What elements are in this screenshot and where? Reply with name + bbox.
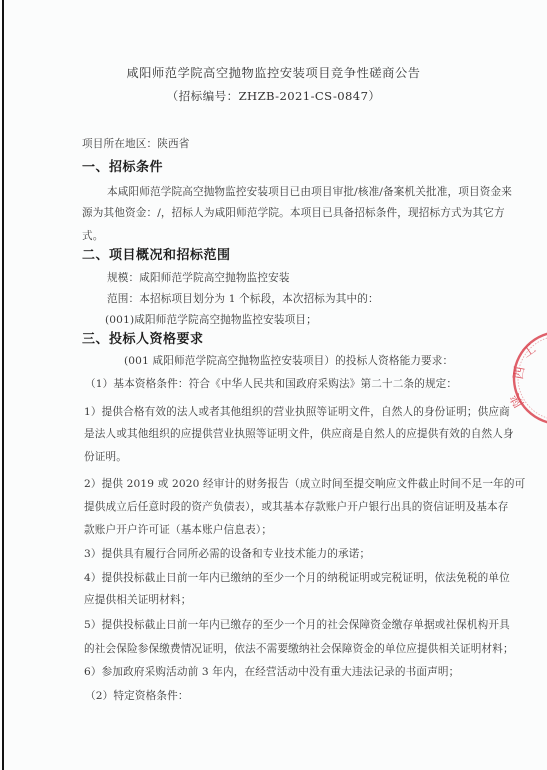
section-heading-project-overview: 二、项目概况和招标范围 (82, 248, 231, 264)
requirement-1-line: 是法人或其他组织的应提供营业执照等证明文件，供应商是自然人的应提供有效的自然人身 (84, 427, 514, 441)
requirement-6-line: 6）参加政府采购活动前 3 年内，在经营活动中没有重大违法记录的书面声明； (84, 665, 459, 679)
document-title: 咸阳师范学院高空抛物监控安装项目竞争性磋商公告 (0, 65, 547, 81)
requirement-2-line: 2）提供 2019 或 2020 经审计的财务报告（成立时间至提交响应文件截止时… (84, 477, 525, 491)
paragraph-line: 源为其他资金：/，招标人为咸阳师范学院。本项目已具备招标条件，现招标方式为其它方 (82, 206, 505, 220)
svg-text:工: 工 (520, 342, 539, 362)
requirement-4-line: 应提供相关证明材料； (84, 593, 191, 607)
paragraph-line: 本咸阳师范学院高空抛物监控安装项目已由项目审批/核准/备案机关批准，项目资金来 (107, 185, 512, 199)
scan-left-edge (2, 0, 4, 770)
section-heading-bidding-conditions: 一、招标条件 (82, 160, 163, 176)
qualification-intro: (001 咸阳师范学院高空抛物监控安装项目）的投标人资格能力要求： (124, 354, 453, 368)
special-qualification-heading: （2）特定资格条件： (85, 689, 189, 703)
requirement-2-line: 提供成立后任意时段的资产负债表），或其基本存款账户开户银行出具的资信证明及基本存 (84, 500, 508, 514)
scope-line: 范围：本招标项目划分为 1 个标段，本次招标为其中的： (107, 292, 379, 306)
paragraph-line: 式。 (82, 229, 104, 243)
section-heading-bidder-qualifications: 三、投标人资格要求 (82, 332, 204, 348)
requirement-1-line: 份证明。 (84, 450, 127, 464)
requirement-4-line: 4）提供投标截止日前一年内已缴纳的至少一个月的纳税证明或完税证明，依法免税的单位 (84, 571, 510, 585)
project-region: 项目所在地区：陕西省 (82, 137, 189, 151)
requirement-5-line: 5）提供投标截止日前一年内已缴存的至少一个月的社会保障资金缴存单据或社保机构开具 (84, 618, 510, 632)
official-seal-icon: 工 西 陕 (510, 328, 547, 428)
requirement-1-line: 1）提供合格有效的法人或者其他组织的营业执照等证明文件，自然人的身份证明；供应商 (84, 405, 510, 419)
tender-number: （招标编号：ZHZB-2021-CS-0847） (0, 88, 547, 104)
svg-text:西: 西 (511, 365, 528, 380)
basic-qualification-heading: （1）基本资格条件：符合《中华人民共和国政府采购法》第二十二条的规定： (85, 377, 457, 391)
scale-line: 规模：咸阳师范学院高空抛物监控安装 (107, 271, 290, 285)
requirement-3-line: 3）提供具有履行合同所必需的设备和专业技术能力的承诺； (84, 547, 370, 561)
lot-line: (001)咸阳师范学院高空抛物监控安装项目； (105, 313, 317, 327)
requirement-5-line: 的社会保险参保缴费情况证明，依法不需要缴纳社会保障资金的单位应提供相关证明材料； (84, 642, 514, 656)
requirement-2-line: 款账户开户许可证（基本账户信息表）； (84, 523, 272, 537)
